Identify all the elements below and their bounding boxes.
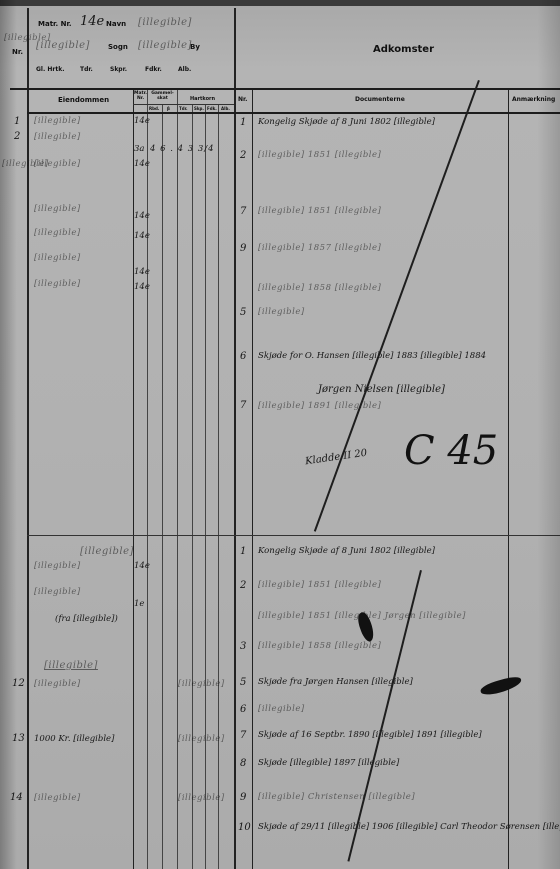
- col-gammel-skat: Gammel-skat: [149, 91, 176, 101]
- matr-nr-value: 14e: [80, 15, 104, 29]
- rule-gammel-sub: [162, 104, 163, 869]
- rule-matr: [133, 88, 134, 869]
- rule-hartkorn: [177, 88, 178, 869]
- rule-anm: [508, 88, 509, 869]
- rule-nr: [252, 88, 253, 869]
- reference-mark: C 45: [404, 428, 498, 474]
- skpr-label: Skpr.: [110, 66, 127, 73]
- sogn-label: Sogn: [108, 43, 128, 51]
- rule-gammel: [147, 88, 148, 869]
- section-two-subheading: [illegible]: [44, 660, 98, 671]
- left-nr-value: [illegible]: [4, 34, 51, 43]
- rule-hk-3: [218, 104, 219, 869]
- tdr-label: Tdr.: [80, 66, 93, 73]
- alb-label: Alb.: [178, 66, 191, 73]
- section-two-heading: [illegible]: [80, 546, 134, 557]
- col-hk-sub-3: Alb.: [221, 106, 230, 111]
- col-nr: Nr.: [238, 96, 247, 103]
- col-documenterne: Documenterne: [355, 96, 405, 103]
- ledger-page: Matr. Nr. 14e Navn [illegible] [illegibl…: [0, 0, 560, 869]
- col-hk-sub-2: Fdk.: [207, 106, 217, 111]
- left-nr-label: Nr.: [12, 48, 23, 56]
- gl-hrtk-label: Gl. Hrtk.: [36, 66, 64, 73]
- scan-edge: [0, 0, 560, 6]
- ink-blot: [479, 675, 523, 697]
- rule-section: [234, 8, 236, 869]
- rule-left-margin: [27, 8, 29, 869]
- by-label: By: [190, 43, 200, 51]
- kladde-annotation: Kladde II 20: [305, 448, 368, 468]
- rule-hk-1: [192, 104, 193, 869]
- section-title: Adkomster: [373, 44, 434, 55]
- rule-hk-2: [205, 104, 206, 869]
- rule-header-bottom: [27, 112, 560, 114]
- navn-value: [illegible]: [138, 17, 192, 28]
- fdkr-label: Fdkr.: [145, 66, 162, 73]
- col-gammel-sub-0: Rbd.: [149, 106, 159, 111]
- col-hartkorn: Hartkorn: [190, 96, 215, 102]
- col-gammel-sub-1: β: [167, 106, 170, 111]
- col-matr-nr: Matr. Nr.: [134, 91, 147, 101]
- col-anmaerkning: Anmærkning: [512, 96, 555, 103]
- sogn-value: [illegible]: [138, 40, 192, 51]
- col-eiendommen: Eiendommen: [58, 96, 109, 104]
- rule-header-top: [10, 88, 560, 90]
- matr-nr-label: Matr. Nr.: [38, 20, 72, 28]
- rule-section-two: [27, 535, 560, 536]
- col-hk-sub-1: Skp.: [194, 106, 204, 111]
- col-hk-sub-0: Tdr.: [179, 106, 188, 111]
- rule-subheader: [133, 104, 234, 105]
- navn-label: Navn: [106, 20, 126, 28]
